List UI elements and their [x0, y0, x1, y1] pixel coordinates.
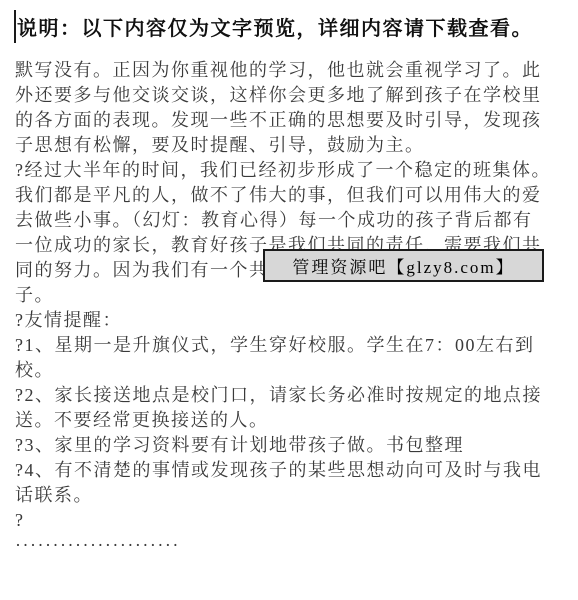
document-body-text: 默写没有。正因为你重视他的学习，他也就会重视学习了。此 外还要多与他交谈交谈，这…	[15, 58, 571, 558]
watermark-label: 管理资源吧【glzy8.com】	[292, 253, 514, 278]
preview-notice: 说明：以下内容仅为文字预览，详细内容请下载查看。	[14, 10, 533, 43]
text-cursor	[14, 10, 16, 43]
preview-notice-text: 说明：以下内容仅为文字预览，详细内容请下载查看。	[17, 12, 533, 41]
watermark-badge: 管理资源吧【glzy8.com】	[263, 249, 544, 282]
document-preview-page: 说明：以下内容仅为文字预览，详细内容请下载查看。 默写没有。正因为你重视他的学习…	[0, 0, 578, 600]
